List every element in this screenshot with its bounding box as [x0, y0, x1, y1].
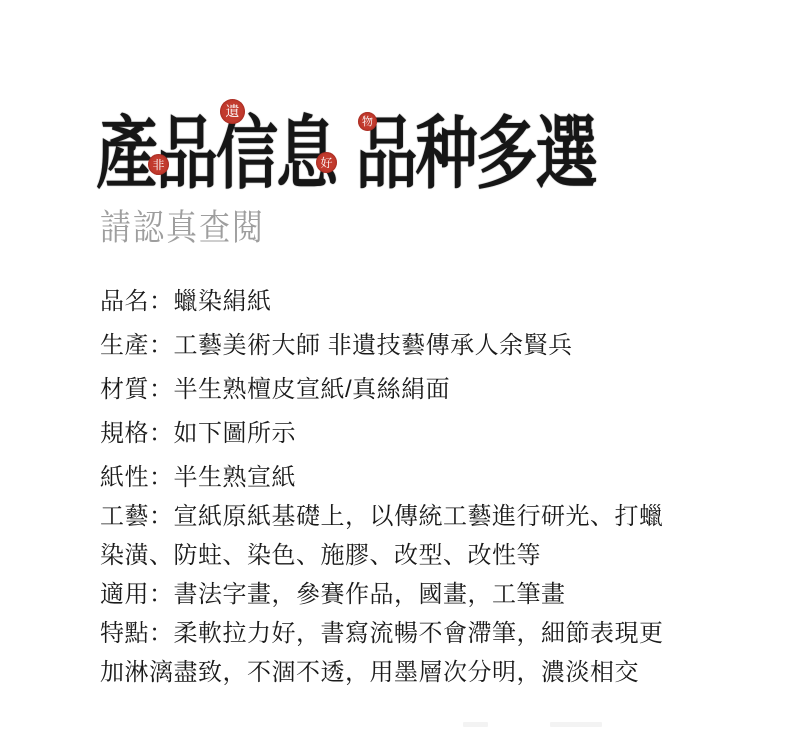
page-title: 產品信息 品种多選	[96, 90, 596, 204]
seal-char: 物	[362, 116, 373, 127]
detail-line-paper-type: 紙性：半生熟宣紙	[100, 457, 720, 496]
seal-char: 非	[152, 159, 164, 171]
page-subtitle: 請認真查閱	[100, 198, 265, 250]
seal-stamp-fei-icon: 非	[148, 154, 169, 175]
product-details: 品名：蠟染絹紙 生產：工藝美術大師 非遺技藝傳承人余賢兵 材質：半生熟檀皮宣紙/…	[100, 281, 720, 691]
product-info-page: 產品信息 品种多選 非 遺 好 物 請認真查閱 品名：蠟染絹紙 生產：工藝美術大…	[0, 0, 790, 730]
detail-line-features-cont: 加淋漓盡致，不涸不透，用墨層次分明，濃淡相交	[100, 652, 720, 691]
seal-stamp-yi-icon: 遺	[220, 99, 245, 124]
detail-line-usage: 適用：書法字畫，參賽作品，國畫，工筆畫	[100, 574, 720, 613]
cropped-content-remnant	[463, 722, 488, 727]
seal-stamp-hao-icon: 好	[316, 152, 337, 173]
detail-line-product-name: 品名：蠟染絹紙	[100, 281, 720, 325]
cropped-content-remnant	[550, 722, 602, 727]
detail-line-craft-cont: 染潢、防蛀、染色、施膠、改型、改性等	[100, 535, 720, 574]
detail-line-craft: 工藝：宣紙原紙基礎上，以傳統工藝進行研光、打蠟	[100, 496, 720, 535]
seal-stamp-wu-icon: 物	[358, 112, 377, 131]
seal-char: 好	[320, 157, 332, 169]
detail-line-producer: 生產：工藝美術大師 非遺技藝傳承人余賢兵	[100, 325, 720, 369]
seal-char: 遺	[226, 105, 240, 119]
detail-line-material: 材質：半生熟檀皮宣紙/真絲絹面	[100, 369, 720, 413]
detail-line-features: 特點：柔軟拉力好，書寫流暢不會滯筆，細節表現更	[100, 613, 720, 652]
detail-line-specification: 規格：如下圖所示	[100, 413, 720, 457]
